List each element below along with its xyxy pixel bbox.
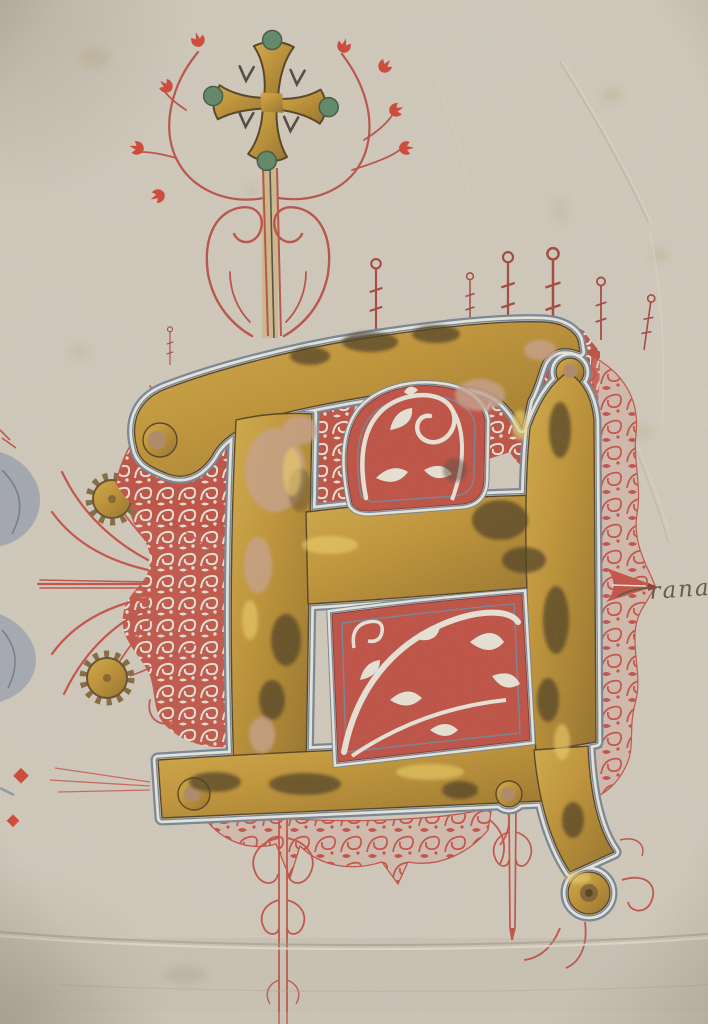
- manuscript-photo: rana: [0, 0, 708, 1024]
- corner-shade-tl: [0, 0, 360, 380]
- corner-shade-bl: [0, 704, 320, 1024]
